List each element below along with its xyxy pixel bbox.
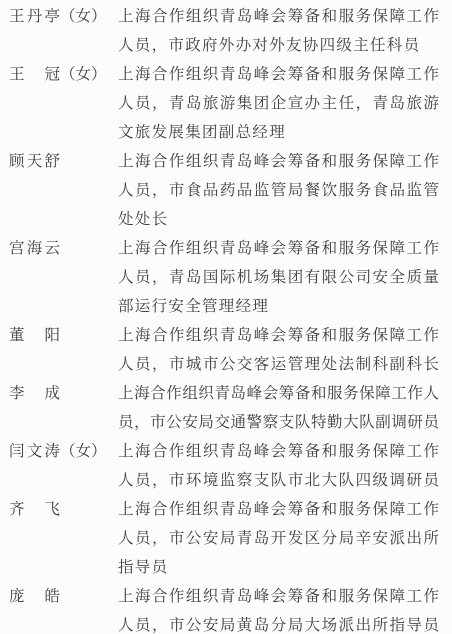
character: 峰 [254, 60, 270, 89]
character: 人 [118, 263, 134, 292]
character: ， [134, 408, 150, 437]
character: 天 [27, 147, 43, 176]
name-cell: 庞皓 [0, 582, 118, 611]
character: 员 [135, 263, 151, 292]
character: 障 [390, 495, 406, 524]
character: 务 [356, 321, 372, 350]
character: 察 [263, 408, 279, 437]
character: 局 [288, 611, 304, 634]
character: 局 [339, 524, 355, 553]
character: 上 [118, 2, 134, 31]
character: 际 [220, 263, 236, 292]
character: 会 [271, 2, 287, 31]
character: 作 [423, 2, 439, 31]
description-line: 人员，市公安局青岛开发区分局辛安派出所 [118, 524, 439, 553]
character: 上 [118, 60, 134, 89]
character: 障 [390, 321, 406, 350]
character: 全 [390, 263, 406, 292]
character: 人 [118, 611, 134, 634]
character: 备 [305, 582, 321, 611]
character: 海 [135, 437, 151, 466]
character: 集 [237, 89, 253, 118]
character: 务 [356, 2, 372, 31]
character: 筹 [288, 437, 304, 466]
character: 岛 [237, 495, 253, 524]
character: 海 [135, 234, 151, 263]
character: 上 [118, 321, 134, 350]
description-line: 处处长 [118, 205, 439, 234]
character: 市 [169, 524, 185, 553]
character: 旅 [406, 89, 422, 118]
character: 场 [254, 263, 270, 292]
character: 工 [406, 60, 422, 89]
character: 岛 [237, 234, 253, 263]
character: 调 [391, 408, 407, 437]
character: 局 [288, 176, 304, 205]
character: 保 [373, 2, 389, 31]
character: 青 [169, 89, 185, 118]
character: 上 [118, 379, 134, 408]
character: 员 [135, 611, 151, 634]
person-name: 王冠 [9, 60, 60, 89]
character: 障 [390, 437, 406, 466]
character: 监 [254, 176, 270, 205]
character: 派 [339, 611, 355, 634]
character: 筹 [279, 379, 295, 408]
name-cell: 董阳 [0, 321, 118, 350]
character: ， [152, 524, 168, 553]
character: 量 [423, 263, 439, 292]
character: 涛 [44, 437, 60, 466]
character: 作 [407, 379, 423, 408]
character: 闫 [9, 437, 25, 466]
character: ， [152, 89, 168, 118]
character: 局 [220, 611, 236, 634]
character: 服 [339, 176, 355, 205]
character: 研 [407, 408, 423, 437]
character: 筹 [288, 582, 304, 611]
character: 务 [356, 60, 372, 89]
character: 工 [406, 147, 422, 176]
character: 限 [322, 263, 338, 292]
character: 保 [373, 147, 389, 176]
character: 支 [279, 408, 295, 437]
character: 合 [152, 582, 168, 611]
character: 管 [423, 176, 439, 205]
character: 备 [305, 321, 321, 350]
character: 作 [423, 321, 439, 350]
character: 组 [186, 495, 202, 524]
character: 开 [271, 524, 287, 553]
character: 舒 [44, 147, 60, 176]
character: 科 [406, 350, 422, 379]
character: 服 [339, 582, 355, 611]
character: 岛 [237, 437, 253, 466]
character: 障 [390, 582, 406, 611]
character: 上 [118, 147, 134, 176]
character: 市 [169, 611, 185, 634]
character: 备 [305, 60, 321, 89]
character: 品 [203, 176, 219, 205]
character: 品 [237, 176, 253, 205]
character: 组 [186, 2, 202, 31]
description-line: 上海合作组织青岛峰会筹备和服务保障工作 [118, 321, 439, 350]
character: 作 [169, 147, 185, 176]
character: 科 [373, 350, 389, 379]
character: 工 [406, 234, 422, 263]
character: 品 [390, 176, 406, 205]
person-name: 顾天舒 [9, 147, 60, 176]
description-line: 人员，市环境监察支队市北大队四级调研员 [118, 466, 439, 495]
character: 务 [356, 176, 372, 205]
character: 队 [271, 466, 287, 495]
character: 饮 [322, 176, 338, 205]
character: 峰 [254, 495, 270, 524]
character: 青 [220, 60, 236, 89]
character: 飞 [44, 495, 60, 524]
gender-suffix: （女） [60, 60, 107, 89]
character: 工 [391, 379, 407, 408]
character: 岛 [237, 321, 253, 350]
character: 支 [254, 466, 270, 495]
description-line: 人员，青岛旅游集团企宣办主任，青岛旅游 [118, 89, 439, 118]
character: 安 [373, 263, 389, 292]
person-name: 庞皓 [9, 582, 60, 611]
character: 安 [373, 524, 389, 553]
roster-entry: 闫文涛（女） 上海合作组织青岛峰会筹备和服务保障工作人员，市环境监察支队市北大队… [0, 437, 452, 495]
character: 合 [152, 147, 168, 176]
character: 出 [406, 524, 422, 553]
character: 合 [152, 60, 168, 89]
character: 青 [169, 263, 185, 292]
character: 指 [390, 611, 406, 634]
roster-entry: 董阳 上海合作组织青岛峰会筹备和服务保障工作人员，市城市公交客运管理处法制科副科… [0, 321, 452, 379]
character: 障 [390, 60, 406, 89]
character: 宫 [9, 234, 25, 263]
character: 队 [359, 408, 375, 437]
character: 作 [169, 437, 185, 466]
name-cell: 宫海云 [0, 234, 118, 263]
character: 海 [27, 234, 43, 263]
description-line: 上海合作组织青岛峰会筹备和服务保障工作 [118, 234, 439, 263]
character: 障 [390, 147, 406, 176]
character: 局 [198, 408, 214, 437]
character: 顾 [9, 147, 25, 176]
character: 勤 [327, 408, 343, 437]
character: 组 [182, 379, 198, 408]
character: 保 [373, 234, 389, 263]
character: 保 [373, 60, 389, 89]
character: 皓 [44, 582, 60, 611]
character: 筹 [288, 2, 304, 31]
name-cell: 王丹亭（女） [0, 2, 118, 31]
character: 合 [152, 234, 168, 263]
character: 备 [305, 495, 321, 524]
character: 务 [356, 234, 372, 263]
character: 调 [390, 466, 406, 495]
character: 员 [118, 408, 134, 437]
character: 岛 [254, 611, 270, 634]
description-cell: 上海合作组织青岛峰会筹备和服务保障工作人员，青岛旅游集团企宣办主任，青岛旅游文旅… [118, 60, 439, 147]
character: 有 [305, 263, 321, 292]
character: 亭 [44, 2, 60, 31]
character: 管 [271, 176, 287, 205]
character: 会 [271, 495, 287, 524]
character: 大 [343, 408, 359, 437]
character: 区 [305, 524, 321, 553]
character: 客 [254, 350, 270, 379]
character: 岛 [231, 379, 247, 408]
character: 市 [169, 176, 185, 205]
character: 务 [343, 379, 359, 408]
description-cell: 上海合作组织青岛峰会筹备和服务保障工作人员，市环境监察支队市北大队四级调研员 [118, 437, 439, 495]
character: 组 [186, 234, 202, 263]
character: 人 [118, 350, 134, 379]
description-line: 上海合作组织青岛峰会筹备和服务保障工作 [118, 2, 439, 31]
character: 筹 [288, 60, 304, 89]
character: 海 [135, 147, 151, 176]
character: 峰 [254, 437, 270, 466]
character: 市 [150, 408, 166, 437]
character: 司 [356, 263, 372, 292]
character: 局 [220, 524, 236, 553]
character: 服 [339, 2, 355, 31]
character: 服 [339, 60, 355, 89]
description-line: 人员，青岛国际机场集团有限公司安全质量 [118, 263, 439, 292]
character: 团 [288, 263, 304, 292]
character: 宣 [288, 89, 304, 118]
character: 障 [390, 234, 406, 263]
character: 出 [356, 611, 372, 634]
character: 质 [406, 263, 422, 292]
character: 服 [339, 321, 355, 350]
character: 任 [339, 89, 355, 118]
character: 海 [134, 379, 150, 408]
character: 筹 [288, 147, 304, 176]
character: 机 [237, 263, 253, 292]
character: 青 [220, 234, 236, 263]
character: 公 [186, 611, 202, 634]
character: 保 [373, 495, 389, 524]
character: 食 [373, 176, 389, 205]
character: 青 [373, 89, 389, 118]
character: 和 [322, 437, 338, 466]
character: 工 [406, 582, 422, 611]
character: 会 [271, 582, 287, 611]
character: 织 [203, 147, 219, 176]
character: 市 [203, 350, 219, 379]
character: 大 [305, 611, 321, 634]
person-name: 董阳 [9, 321, 60, 350]
character: 制 [356, 350, 372, 379]
character: ， [152, 350, 168, 379]
character: 队 [295, 408, 311, 437]
character: 岛 [237, 582, 253, 611]
name-cell: 李成 [0, 379, 118, 408]
description-cell: 上海合作组织青岛峰会筹备和服务保障工作人员，青岛国际机场集团有限公司安全质量部运… [118, 234, 439, 321]
description-cell: 上海合作组织青岛峰会筹备和服务保障工作人员，市政府外办对外友协四级主任科员 [118, 2, 439, 60]
character: 组 [186, 321, 202, 350]
character: 市 [169, 350, 185, 379]
character: 会 [271, 147, 287, 176]
character: 作 [423, 495, 439, 524]
character: 分 [322, 524, 338, 553]
roster-entry: 李成 上海合作组织青岛峰会筹备和服务保障工作人员，市公安局交通警察支队特勤大队副… [0, 379, 452, 437]
character: 备 [305, 234, 321, 263]
character: 织 [203, 495, 219, 524]
character: 服 [339, 495, 355, 524]
character: ， [152, 176, 168, 205]
character: 作 [423, 582, 439, 611]
character: 务 [356, 437, 372, 466]
character: 发 [288, 524, 304, 553]
character: 辛 [356, 524, 372, 553]
character: 组 [186, 582, 202, 611]
person-name: 王丹亭 [9, 2, 60, 31]
character: 集 [271, 263, 287, 292]
character: 齐 [9, 495, 25, 524]
character: 安 [203, 524, 219, 553]
character: 员 [135, 350, 151, 379]
character: 长 [423, 350, 439, 379]
character: 王 [9, 2, 25, 31]
roster-entry: 顾天舒 上海合作组织青岛峰会筹备和服务保障工作人员，市食品药品监管局餐饮服务食品… [0, 147, 452, 234]
gender-suffix: （女） [60, 2, 107, 31]
character: 作 [423, 60, 439, 89]
character: 云 [44, 234, 60, 263]
character: 场 [322, 611, 338, 634]
character: 文 [27, 437, 43, 466]
character: 食 [186, 176, 202, 205]
character: 丹 [27, 2, 43, 31]
document-page: 王丹亭（女） 上海合作组织青岛峰会筹备和服务保障工作人员，市政府外办对外友协四级… [0, 0, 452, 634]
character: 保 [373, 582, 389, 611]
character: 董 [9, 321, 25, 350]
character: 峰 [254, 2, 270, 31]
character: 海 [135, 2, 151, 31]
character: 障 [390, 2, 406, 31]
character: 作 [423, 437, 439, 466]
character: 服 [327, 379, 343, 408]
character: 保 [359, 379, 375, 408]
character: 海 [135, 582, 151, 611]
description-line: 人员，市食品药品监管局餐饮服务食品监管 [118, 176, 439, 205]
character: 青 [220, 147, 236, 176]
character: 工 [406, 495, 422, 524]
character: 备 [295, 379, 311, 408]
character: 会 [263, 379, 279, 408]
character: 国 [203, 263, 219, 292]
description-line: 上海合作组织青岛峰会筹备和服务保障工作 [118, 60, 439, 89]
character: 人 [118, 466, 134, 495]
description-line: 人员，市政府外办对外友协四级主任科员 [118, 31, 439, 60]
gender-suffix: （女） [60, 437, 107, 466]
roster-entry: 庞皓 上海合作组织青岛峰会筹备和服务保障工作人员，市公安局黄岛分局大场派出所指导… [0, 582, 452, 634]
roster-entry: 齐飞 上海合作组织青岛峰会筹备和服务保障工作人员，市公安局青岛开发区分局辛安派出… [0, 495, 452, 582]
character: 冠 [44, 60, 60, 89]
description-line: 上海合作组织青岛峰会筹备和服务保障工作人 [118, 379, 439, 408]
character: 安 [203, 611, 219, 634]
character: 安 [182, 408, 198, 437]
person-name: 齐飞 [9, 495, 60, 524]
character: 作 [169, 234, 185, 263]
roster-entry: 王冠（女） 上海合作组织青岛峰会筹备和服务保障工作人员，青岛旅游集团企宣办主任，… [0, 60, 452, 147]
character: 合 [150, 379, 166, 408]
character: 组 [186, 147, 202, 176]
character: 青 [220, 495, 236, 524]
character: 和 [322, 2, 338, 31]
person-name: 宫海云 [9, 234, 60, 263]
character: 服 [339, 234, 355, 263]
description-cell: 上海合作组织青岛峰会筹备和服务保障工作人员，市食品药品监管局餐饮服务食品监管处处… [118, 147, 439, 234]
description-cell: 上海合作组织青岛峰会筹备和服务保障工作人员，市公安局交通警察支队特勤大队副调研员 [118, 379, 439, 437]
character: 导 [406, 611, 422, 634]
character: 公 [186, 524, 202, 553]
character: 海 [135, 60, 151, 89]
character: 副 [390, 350, 406, 379]
character: 团 [254, 89, 270, 118]
character: 上 [118, 495, 134, 524]
character: 岛 [390, 89, 406, 118]
character: ， [152, 611, 168, 634]
character: 会 [271, 234, 287, 263]
character: 会 [271, 60, 287, 89]
name-cell: 齐飞 [0, 495, 118, 524]
character: 公 [339, 263, 355, 292]
character: 上 [118, 582, 134, 611]
character: 派 [390, 524, 406, 553]
character: 和 [322, 495, 338, 524]
character: 公 [220, 350, 236, 379]
description-line: 人员，市公安局黄岛分局大场派出所指导员 [118, 611, 439, 634]
character: 和 [322, 321, 338, 350]
character: 人 [118, 176, 134, 205]
character: 合 [152, 437, 168, 466]
character: 和 [322, 60, 338, 89]
character: 青 [237, 524, 253, 553]
character: 人 [423, 379, 439, 408]
character: 工 [406, 321, 422, 350]
character: 所 [423, 524, 439, 553]
character: 和 [322, 147, 338, 176]
character: 岛 [254, 524, 270, 553]
character: 保 [373, 321, 389, 350]
description-cell: 上海合作组织青岛峰会筹备和服务保障工作人员，市城市公交客运管理处法制科副科长 [118, 321, 439, 379]
character: 法 [339, 350, 355, 379]
character: 办 [305, 89, 321, 118]
personnel-roster: 王丹亭（女） 上海合作组织青岛峰会筹备和服务保障工作人员，市政府外办对外友协四级… [0, 2, 452, 634]
character: 合 [152, 321, 168, 350]
name-cell: 王冠（女） [0, 60, 118, 89]
description-line: 指导员 [118, 553, 439, 582]
description-line: 上海合作组织青岛峰会筹备和服务保障工作 [118, 147, 439, 176]
character: 作 [166, 379, 182, 408]
description-line: 人员，市城市公交客运管理处法制科副科长 [118, 350, 439, 379]
character: 织 [203, 2, 219, 31]
character: 上 [118, 234, 134, 263]
character: 庞 [9, 582, 25, 611]
character: 织 [203, 437, 219, 466]
character: 青 [220, 582, 236, 611]
character: 旅 [203, 89, 219, 118]
character: 李 [9, 379, 25, 408]
character: 上 [118, 437, 134, 466]
character: 处 [322, 350, 338, 379]
character: 服 [339, 437, 355, 466]
character: 工 [406, 437, 422, 466]
character: 四 [356, 466, 372, 495]
character: 境 [203, 466, 219, 495]
